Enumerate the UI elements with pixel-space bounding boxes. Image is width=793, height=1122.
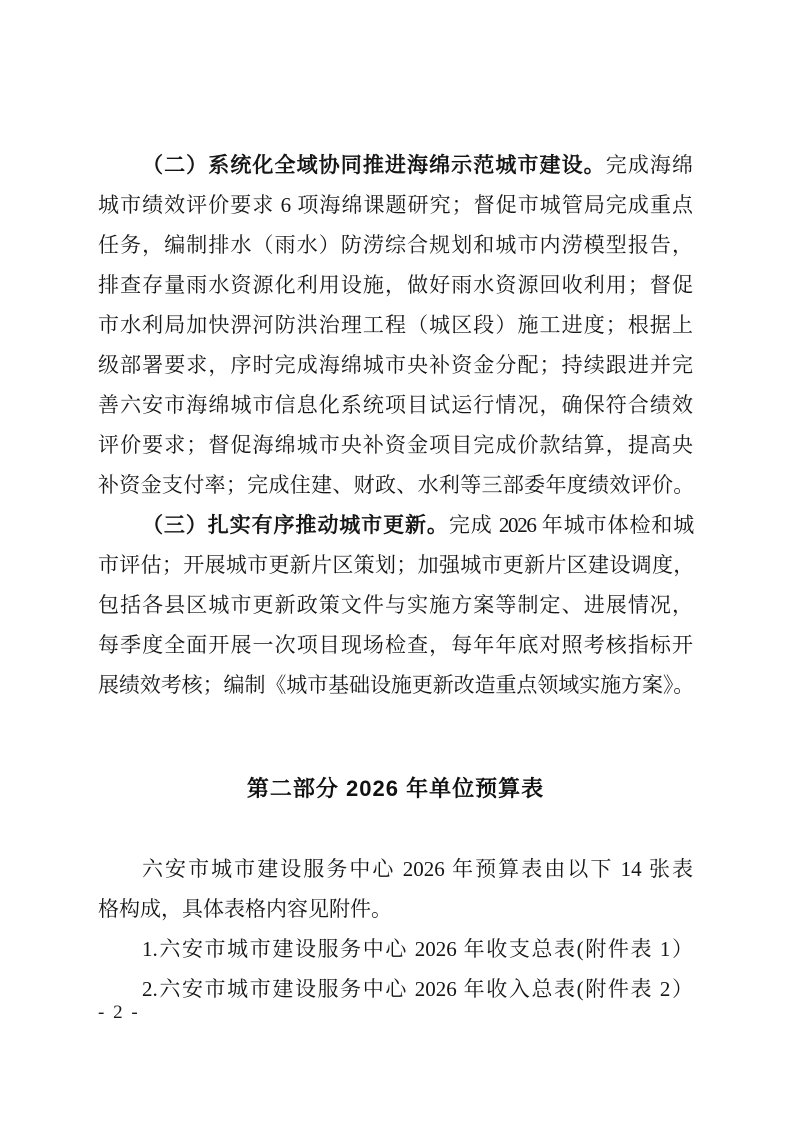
text-line: 展绩效考核；编制《城市基础设施更新改造重点领域实施方案》。 [98,665,693,705]
paragraph-urban-renewal: （三）扎实有序推动城市更新。完成 2026 年城市体检和城 市评估；开展城市更新… [98,505,693,705]
page-number: - 2 - [98,998,140,1028]
document-page: （二）系统化全域协同推进海绵示范城市建设。完成海绵 城市绩效评价要求 6 项海绵… [0,0,793,1122]
section-three-lead-rest: 完成 2026 年城市体检和城 [449,513,693,537]
part-two-heading: 第二部分 2026 年单位预算表 [98,769,693,809]
section-three-lead: （三）扎实有序推动城市更新。 [142,513,449,537]
text-line: （三）扎实有序推动城市更新。完成 2026 年城市体检和城 [98,505,693,545]
paragraph-sponge-city: （二）系统化全域协同推进海绵示范城市建设。完成海绵 城市绩效评价要求 6 项海绵… [98,145,693,505]
text-line: 六安市城市建设服务中心 2026 年预算表由以下 14 张表 [98,849,693,889]
text-line: 评价要求；督促海绵城市央补资金项目完成价款结算，提高央 [98,425,693,465]
list-item: 2.六安市城市建设服务中心 2026 年收入总表(附件表 2） [98,969,693,1009]
text-line: 每季度全面开展一次项目现场检查，每年年底对照考核指标开 [98,625,693,665]
text-line: 格构成，具体表格内容见附件。 [98,889,693,929]
section-two-lead-rest: 完成海绵 [606,153,693,177]
text-line: （二）系统化全域协同推进海绵示范城市建设。完成海绵 [98,145,693,185]
paragraph-budget-tables-intro: 六安市城市建设服务中心 2026 年预算表由以下 14 张表 格构成，具体表格内… [98,849,693,929]
budget-table-list: 1.六安市城市建设服务中心 2026 年收支总表(附件表 1） 2.六安市城市建… [98,929,693,1009]
text-line: 城市绩效评价要求 6 项海绵课题研究；督促市城管局完成重点 [98,185,693,225]
text-line: 包括各县区城市更新政策文件与实施方案等制定、进展情况， [98,585,693,625]
text-line: 级部署要求，序时完成海绵城市央补资金分配；持续跟进并完 [98,345,693,385]
text-line: 补资金支付率；完成住建、财政、水利等三部委年度绩效评价。 [98,465,693,505]
text-line: 市评估；开展城市更新片区策划；加强城市更新片区建设调度， [98,545,693,585]
text-line: 市水利局加快淠河防洪治理工程（城区段）施工进度；根据上 [98,305,693,345]
list-item: 1.六安市城市建设服务中心 2026 年收支总表(附件表 1） [98,929,693,969]
section-two-lead: （二）系统化全域协同推进海绵示范城市建设。 [142,153,606,177]
text-line: 排查存量雨水资源化利用设施，做好雨水资源回收利用；督促 [98,265,693,305]
document-body: （二）系统化全域协同推进海绵示范城市建设。完成海绵 城市绩效评价要求 6 项海绵… [98,145,693,1009]
text-line: 善六安市海绵城市信息化系统项目试运行情况，确保符合绩效 [98,385,693,425]
text-line: 任务，编制排水（雨水）防涝综合规划和城市内涝模型报告， [98,225,693,265]
